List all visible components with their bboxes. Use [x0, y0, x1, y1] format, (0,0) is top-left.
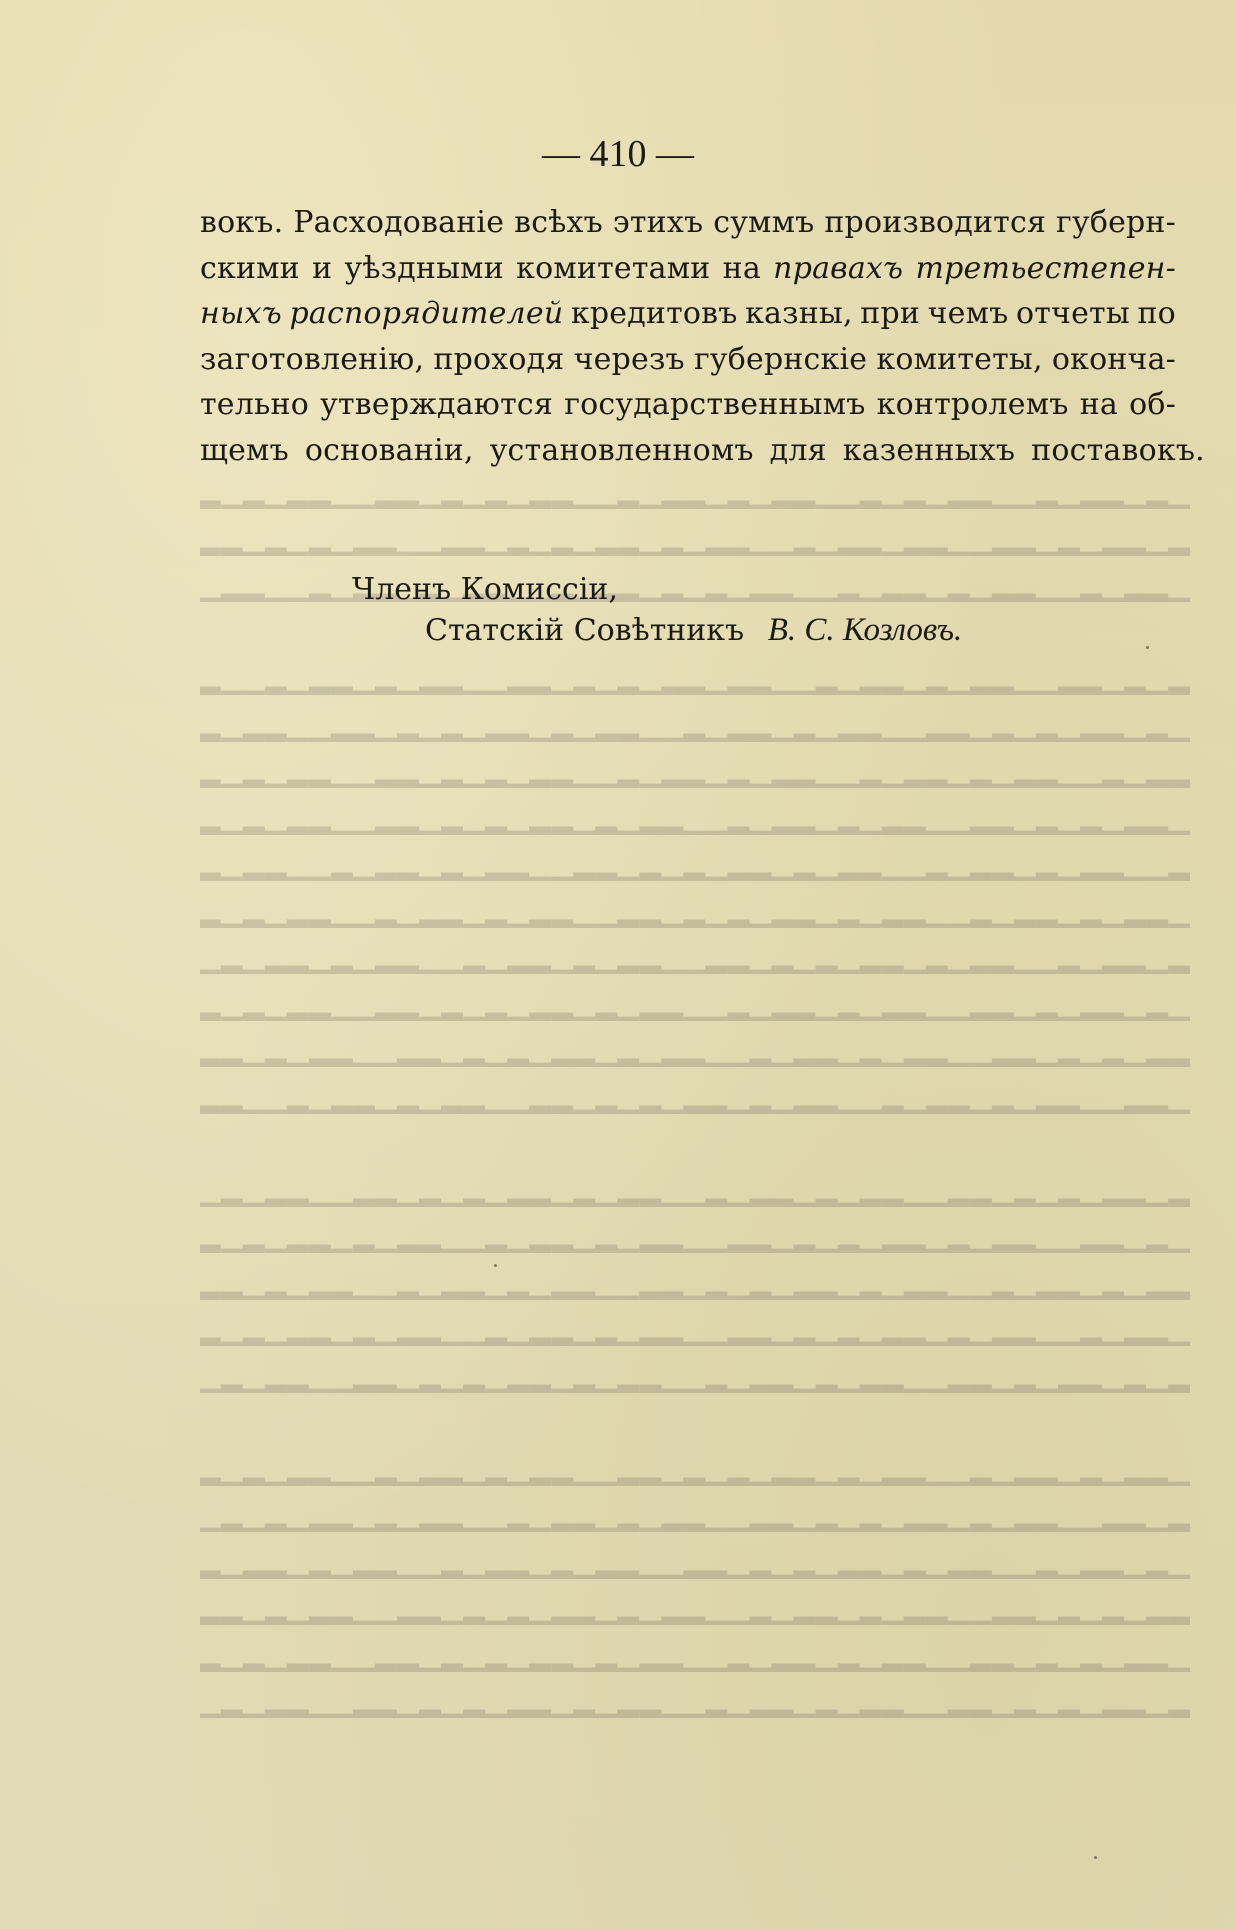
signature-role: Членъ Комиссіи,: [352, 572, 618, 607]
word: об-: [1129, 382, 1176, 428]
word: и: [312, 246, 332, 292]
text-line: скими и уѣздными комитетами на правахъ т…: [200, 246, 1176, 292]
word: казны,: [745, 291, 853, 337]
word: для: [770, 428, 827, 474]
word: губернскіе: [694, 337, 867, 383]
paper-speck: [1094, 1856, 1097, 1859]
word: утверждаются: [320, 382, 553, 428]
word: оконча-: [1052, 337, 1176, 383]
italic-word: ныхъ: [200, 291, 282, 337]
text-line: щемъ основаніи, установленномъ для казен…: [200, 428, 1176, 474]
word: при: [860, 291, 920, 337]
italic-word: распорядителей: [289, 291, 563, 337]
word: отчеты: [1016, 291, 1130, 337]
word: всѣхъ: [514, 200, 603, 246]
text-line: заготовленію, проходя черезъ губернскіе …: [200, 337, 1176, 383]
word: уѣздными: [345, 246, 504, 292]
paper-speck: [494, 1264, 497, 1267]
word: государственнымъ: [564, 382, 865, 428]
text-line: вокъ. Расходованіе всѣхъ этихъ суммъ про…: [200, 200, 1176, 246]
word: проходя: [433, 337, 564, 383]
word: контролемъ: [877, 382, 1069, 428]
text-line: тельно утверждаются государственнымъ кон…: [200, 382, 1176, 428]
page-number: — 410 —: [0, 132, 1236, 176]
word: кредитовъ: [571, 291, 738, 337]
body-paragraph: вокъ. Расходованіе всѣхъ этихъ суммъ про…: [200, 200, 1176, 473]
word: на: [723, 246, 761, 292]
italic-word: третьестепен-: [915, 246, 1176, 292]
word: этихъ: [613, 200, 703, 246]
word: комитеты,: [876, 337, 1042, 383]
text-line: ныхъ распорядителей кредитовъ казны, при…: [200, 291, 1176, 337]
signature-name: В. С. Козловъ.: [768, 612, 963, 648]
paper-speck: [1146, 646, 1149, 649]
signature-title: Статскій Совѣтникъ: [425, 613, 744, 648]
scanned-book-page: ▁▂▁▂▂▁▂▁▁▂▂▁▂▁▂▁▁▂▂▁▂▁▂▂▁▂▁▁▂▂▁▂▁▂▁▂▂▁▁▂…: [0, 0, 1236, 1929]
word: по: [1137, 291, 1175, 337]
signature-block: Статскій Совѣтникъ В. С. Козловъ.: [425, 612, 962, 649]
word: тельно: [200, 382, 309, 428]
word: чемъ: [928, 291, 1009, 337]
word: Расходованіе: [293, 200, 504, 246]
word: заготовленію,: [200, 337, 424, 383]
bleed-through-texture: ▁▂▁▂▂▁▂▁▁▂▂▁▂▁▂▁▁▂▂▁▂▁▂▂▁▂▁▁▂▂▁▂▁▂▁▂▂▁▁▂…: [200, 470, 1190, 1726]
word: установленномъ: [490, 428, 754, 474]
word: губерн-: [1056, 200, 1176, 246]
word: скими: [200, 246, 300, 292]
word: черезъ: [574, 337, 685, 383]
word: поставокъ.: [1031, 428, 1205, 474]
word: суммъ: [713, 200, 814, 246]
word: казенныхъ: [843, 428, 1015, 474]
word: основаніи,: [305, 428, 474, 474]
word: вокъ.: [200, 200, 283, 246]
word: производится: [824, 200, 1046, 246]
italic-word: правахъ: [773, 246, 903, 292]
word: щемъ: [200, 428, 289, 474]
word: комитетами: [516, 246, 710, 292]
word: на: [1080, 382, 1118, 428]
